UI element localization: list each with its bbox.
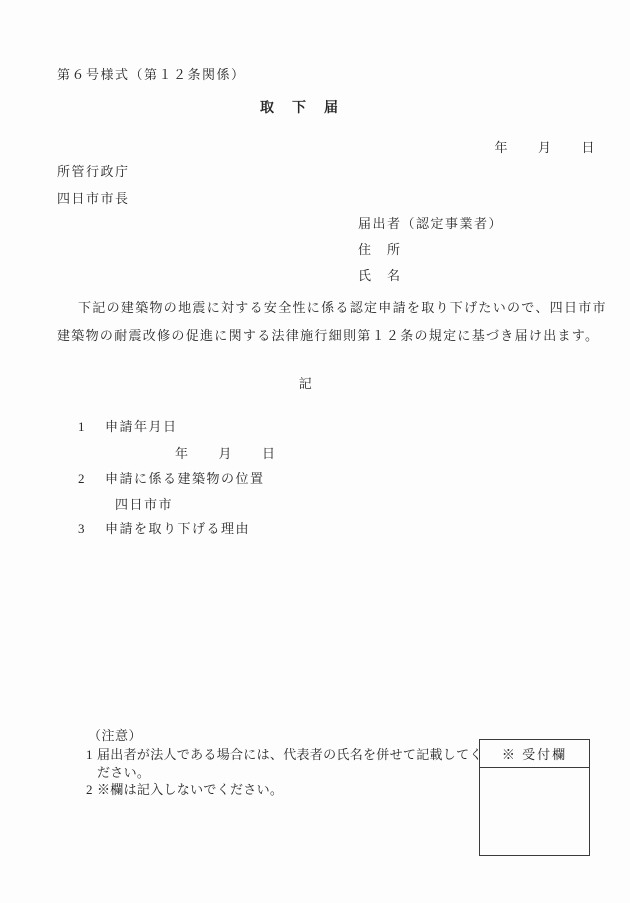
note-item-1-continuation: ださい。 bbox=[97, 765, 150, 780]
list-item-number: 1 bbox=[78, 419, 105, 434]
application-date-blank: 年 月 日 bbox=[175, 446, 277, 461]
submitter-label: 届出者（認定事業者） bbox=[358, 216, 503, 231]
submitter-name-label: 氏 名 bbox=[358, 268, 402, 283]
note-number: 2 bbox=[86, 782, 97, 797]
date-field: 年 月 日 bbox=[494, 140, 596, 155]
list-item-application-date: 1申請年月日 bbox=[78, 419, 178, 434]
record-heading: 記 bbox=[0, 376, 612, 391]
note-item-2: 2※欄は記入しないでください。 bbox=[86, 782, 283, 797]
note-number: 1 bbox=[86, 747, 97, 762]
note-item-1: 1届出者が法人である場合には、代表者の氏名を併せて記載してく bbox=[86, 747, 483, 762]
withdrawal-form-page: 第６号様式（第１２条関係） 取 下 届 年 月 日 所管行政庁 四日市市長 届出… bbox=[0, 0, 630, 903]
addressee-agency: 所管行政庁 bbox=[57, 164, 130, 179]
page-title: 取 下 届 bbox=[0, 101, 600, 116]
list-item-building-location: 2申請に係る建築物の位置 bbox=[78, 471, 265, 486]
addressee-mayor: 四日市市長 bbox=[57, 191, 130, 206]
body-paragraph-line1: 下記の建築物の地震に対する安全性に係る認定申請を取り下げたいので、四日市市 bbox=[78, 300, 607, 315]
note-text: ※欄は記入しないでください。 bbox=[97, 782, 283, 797]
list-item-label: 申請を取り下げる理由 bbox=[105, 521, 250, 536]
notes-heading: （注意） bbox=[88, 728, 142, 743]
reception-box: ※ 受付欄 bbox=[479, 739, 590, 856]
list-item-number: 3 bbox=[78, 521, 105, 536]
body-paragraph-line2: 建築物の耐震改修の促進に関する法律施行細則第１２条の規定に基づき届け出ます。 bbox=[57, 328, 599, 343]
note-text: 届出者が法人である場合には、代表者の氏名を併せて記載してく bbox=[97, 747, 483, 762]
list-item-label: 申請に係る建築物の位置 bbox=[105, 471, 265, 486]
reception-box-header: ※ 受付欄 bbox=[480, 740, 589, 768]
list-item-label: 申請年月日 bbox=[105, 419, 178, 434]
form-number: 第６号様式（第１２条関係） bbox=[57, 67, 246, 82]
list-item-withdrawal-reason: 3申請を取り下げる理由 bbox=[78, 521, 250, 536]
list-item-number: 2 bbox=[78, 471, 105, 486]
submitter-address-label: 住 所 bbox=[358, 242, 402, 257]
building-location-blank: 四日市市 bbox=[115, 497, 173, 512]
